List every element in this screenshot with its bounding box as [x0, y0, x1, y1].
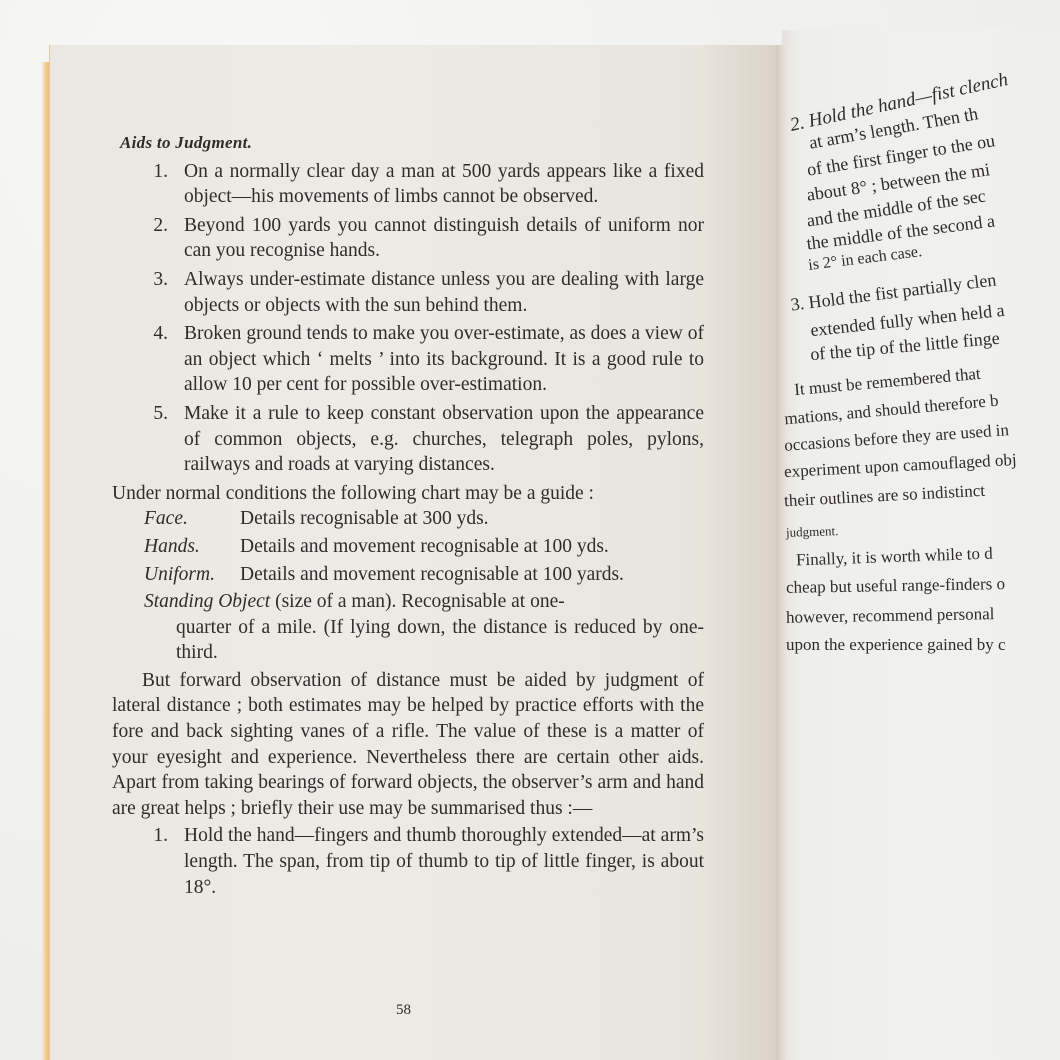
chart-label: Standing Object: [144, 591, 270, 612]
distance-chart: Face. Details recognisable at 300 yds. H…: [112, 506, 704, 666]
item-text: Make it a rule to keep constant observat…: [184, 401, 704, 478]
item-number: 4.: [112, 321, 184, 398]
numbered-list: 1. On a normally clear day a man at 500 …: [112, 159, 704, 478]
text-line: upon the experience gained by c: [786, 635, 1006, 655]
chart-row: Uniform. Details and movement recognisab…: [144, 562, 704, 588]
chart-text: Details and movement recognisable at 100…: [240, 534, 609, 560]
text-line: however, recommend personal: [786, 604, 995, 628]
text-line: cheap but useful range-finders o: [786, 574, 1005, 598]
list-item: 2. Beyond 100 yards you cannot distingui…: [112, 213, 704, 264]
chart-row: Face. Details recognisable at 300 yds.: [144, 506, 704, 532]
chart-text: Details and movement recognisable at 100…: [240, 562, 624, 588]
item-text: Beyond 100 yards you cannot distinguish …: [184, 213, 704, 264]
item-text: Hold the hand—fingers and thumb thorough…: [184, 823, 704, 900]
item-number: 3.: [112, 267, 184, 318]
chart-label: Hands.: [144, 534, 240, 560]
book-gutter: [776, 45, 786, 1060]
item-text: Broken ground tends to make you over-est…: [184, 321, 704, 398]
list-item: 3. Always under-estimate distance unless…: [112, 267, 704, 318]
chart-row: Hands. Details and movement recognisable…: [144, 534, 704, 560]
text-line: judgment.: [786, 523, 839, 541]
page-number: 58: [396, 1002, 411, 1019]
item-number: 2.: [112, 213, 184, 264]
body-paragraph: But forward observation of distance must…: [112, 668, 704, 822]
chart-text-continued: quarter of a mile. (If lying down, the d…: [144, 615, 704, 666]
list-item: 5. Make it a rule to keep constant obser…: [112, 401, 704, 478]
list-item: 1. Hold the hand—fingers and thumb thoro…: [112, 823, 704, 900]
chart-label: Face.: [144, 506, 240, 532]
arm-hand-list: 1. Hold the hand—fingers and thumb thoro…: [112, 823, 704, 900]
list-item: 4. Broken ground tends to make you over-…: [112, 321, 704, 398]
chart-row-standing-object: Standing Object (size of a man). Recogni…: [144, 589, 704, 666]
chart-text: (size of a man). Recognisable at one-: [270, 591, 565, 612]
chart-text: Details recognisable at 300 yds.: [240, 506, 489, 532]
chart-intro: Under normal conditions the following ch…: [112, 481, 704, 507]
item-number: 1.: [112, 159, 184, 210]
item-number: 5.: [112, 401, 184, 478]
left-page-text: Aids to Judgment. 1. On a normally clear…: [112, 130, 704, 903]
item-text: On a normally clear day a man at 500 yar…: [184, 159, 704, 210]
item-number: 1.: [112, 823, 184, 900]
section-heading: Aids to Judgment.: [120, 130, 704, 156]
item-text: Always under-estimate distance unless yo…: [184, 267, 704, 318]
chart-label: Uniform.: [144, 562, 240, 588]
list-item: 1. On a normally clear day a man at 500 …: [112, 159, 704, 210]
